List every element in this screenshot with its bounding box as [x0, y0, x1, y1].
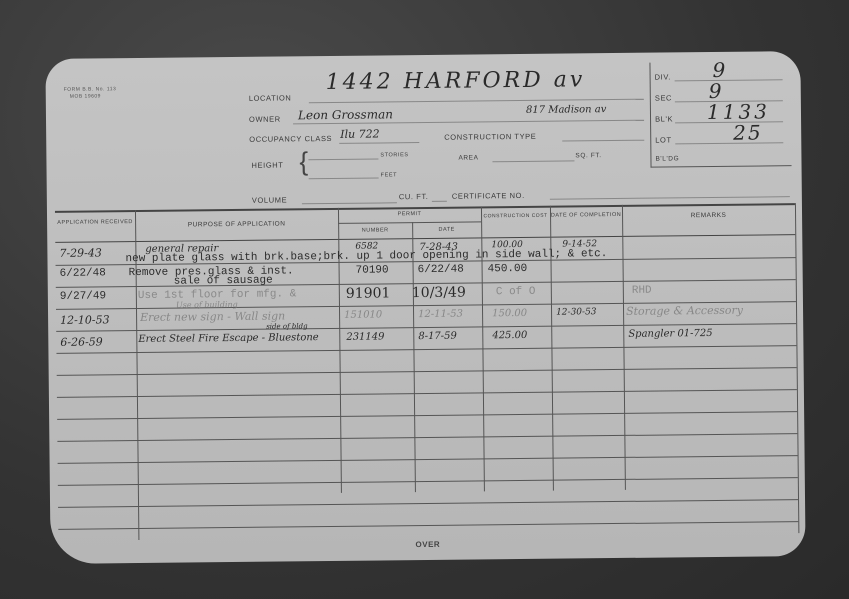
location-value: 1442 HARFORD av [326, 67, 586, 95]
construction-type-line [562, 140, 644, 142]
occupancy-class-value: Ilu 722 [340, 127, 380, 140]
cell-cost: 150.00 [492, 308, 527, 319]
cell-purpose-continued: sale of sausage [174, 275, 273, 288]
stories-line [308, 158, 378, 160]
owner-address: 817 Madison av [526, 104, 607, 116]
volume-line [302, 202, 397, 204]
occupancy-class-label: OCCUPANCY CLASS [249, 134, 332, 144]
row-line [57, 411, 797, 420]
over-label: OVER [415, 540, 440, 549]
cell-purpose: Erect new sign - Wall sign [140, 309, 285, 324]
header-application-received: APPLICATION RECEIVED [55, 218, 135, 228]
feet-line [309, 177, 379, 179]
cell-purpose-note: side of bldg [266, 322, 307, 330]
cu-ft-label: CU. FT. [399, 192, 429, 201]
row-line [58, 455, 798, 464]
cu-ft-line [432, 201, 447, 202]
cell-permit-number: 70190 [356, 264, 389, 276]
permit-table: APPLICATION RECEIVED PURPOSE OF APPLICAT… [55, 203, 795, 211]
header-permit: PERMIT [338, 209, 481, 219]
cell-permit-number: 151010 [344, 309, 382, 320]
header-purpose: PURPOSE OF APPLICATION [135, 219, 338, 230]
header-date-of-completion: DATE OF COMPLETION [550, 211, 622, 221]
cell-permit-date: 12-11-53 [418, 309, 463, 320]
lot-line [675, 142, 783, 144]
construction-type-label: CONSTRUCTION TYPE [444, 132, 536, 142]
cell-received: 6/22/48 [60, 267, 106, 279]
row-line [56, 345, 796, 354]
cell-received: 6-26-59 [60, 335, 103, 348]
occupancy-line [339, 142, 419, 144]
owner-label: OWNER [249, 115, 281, 124]
feet-label: FEET [381, 172, 398, 178]
cell-purpose: Erect Steel Fire Escape - Bluestone [138, 332, 318, 345]
parcel-box: DIV. 9 SEC 9 BL'K 1133 LOT 25 B'L'DG [649, 61, 791, 167]
sec-label: SEC [655, 93, 672, 102]
permit-subheader-line [338, 221, 481, 223]
cell-cost: 425.00 [492, 330, 527, 341]
cell-permit-date: 10/3/49 [412, 285, 466, 302]
row-line [57, 433, 797, 442]
row-line [57, 389, 797, 398]
cell-received: 9/27/49 [60, 290, 106, 302]
area-line [492, 160, 574, 162]
row-line [57, 367, 797, 376]
bldg-label: B'L'DG [655, 155, 679, 162]
height-brace: { [299, 148, 308, 174]
cell-received: 12-10-53 [60, 313, 110, 327]
cell-permit-date: 6/22/48 [418, 264, 464, 276]
certificate-no-label: CERTIFICATE NO. [452, 191, 525, 201]
lot-label: LOT [655, 135, 671, 144]
cell-remarks: Storage & Accessory [626, 304, 743, 318]
cell-remarks: Spangler 01-725 [628, 328, 712, 340]
stories-label: STORIES [380, 152, 408, 158]
header-remarks: REMARKS [622, 210, 795, 221]
cell-permit-date: 8-17-59 [418, 331, 457, 342]
blk-label: BL'K [655, 114, 673, 123]
cell-permit-number: 231149 [346, 331, 384, 342]
cell-purpose-note: Use of building [176, 300, 238, 310]
property-record-card: FORM B.B. No. 113 MOB 19609 LOCATION 144… [45, 51, 805, 564]
height-label: HEIGHT [251, 160, 283, 169]
cell-remarks: RHD [632, 285, 652, 297]
header-construction-cost: CONSTRUCTION COST [481, 212, 550, 222]
form-number: FORM B.B. No. 113 MOB 19609 [64, 86, 117, 101]
volume-label: VOLUME [252, 195, 287, 204]
cell-received: 7-29-43 [59, 246, 102, 259]
sq-ft-label: SQ. FT. [575, 152, 601, 159]
area-label: AREA [458, 154, 478, 161]
certificate-line [550, 196, 790, 200]
form-number-line: MOB 19609 [64, 93, 117, 101]
cell-permit-number: 91901 [346, 285, 391, 301]
row-line [58, 521, 798, 530]
row-line [58, 477, 798, 486]
cell-cost: C of O [496, 286, 536, 298]
div-label: DIV. [655, 72, 671, 81]
header-permit-number: NUMBER [338, 226, 412, 236]
owner-value: Leon Grossman [298, 107, 393, 122]
location-label: LOCATION [249, 93, 292, 102]
row-line [58, 499, 798, 508]
col-divider [412, 222, 416, 492]
location-line [309, 99, 644, 104]
lot-value: 25 [733, 120, 763, 144]
cell-cost: 450.00 [488, 263, 528, 275]
header-permit-date: DATE [412, 225, 481, 235]
cell-completion: 12-30-53 [556, 307, 597, 317]
div-line [675, 79, 783, 81]
